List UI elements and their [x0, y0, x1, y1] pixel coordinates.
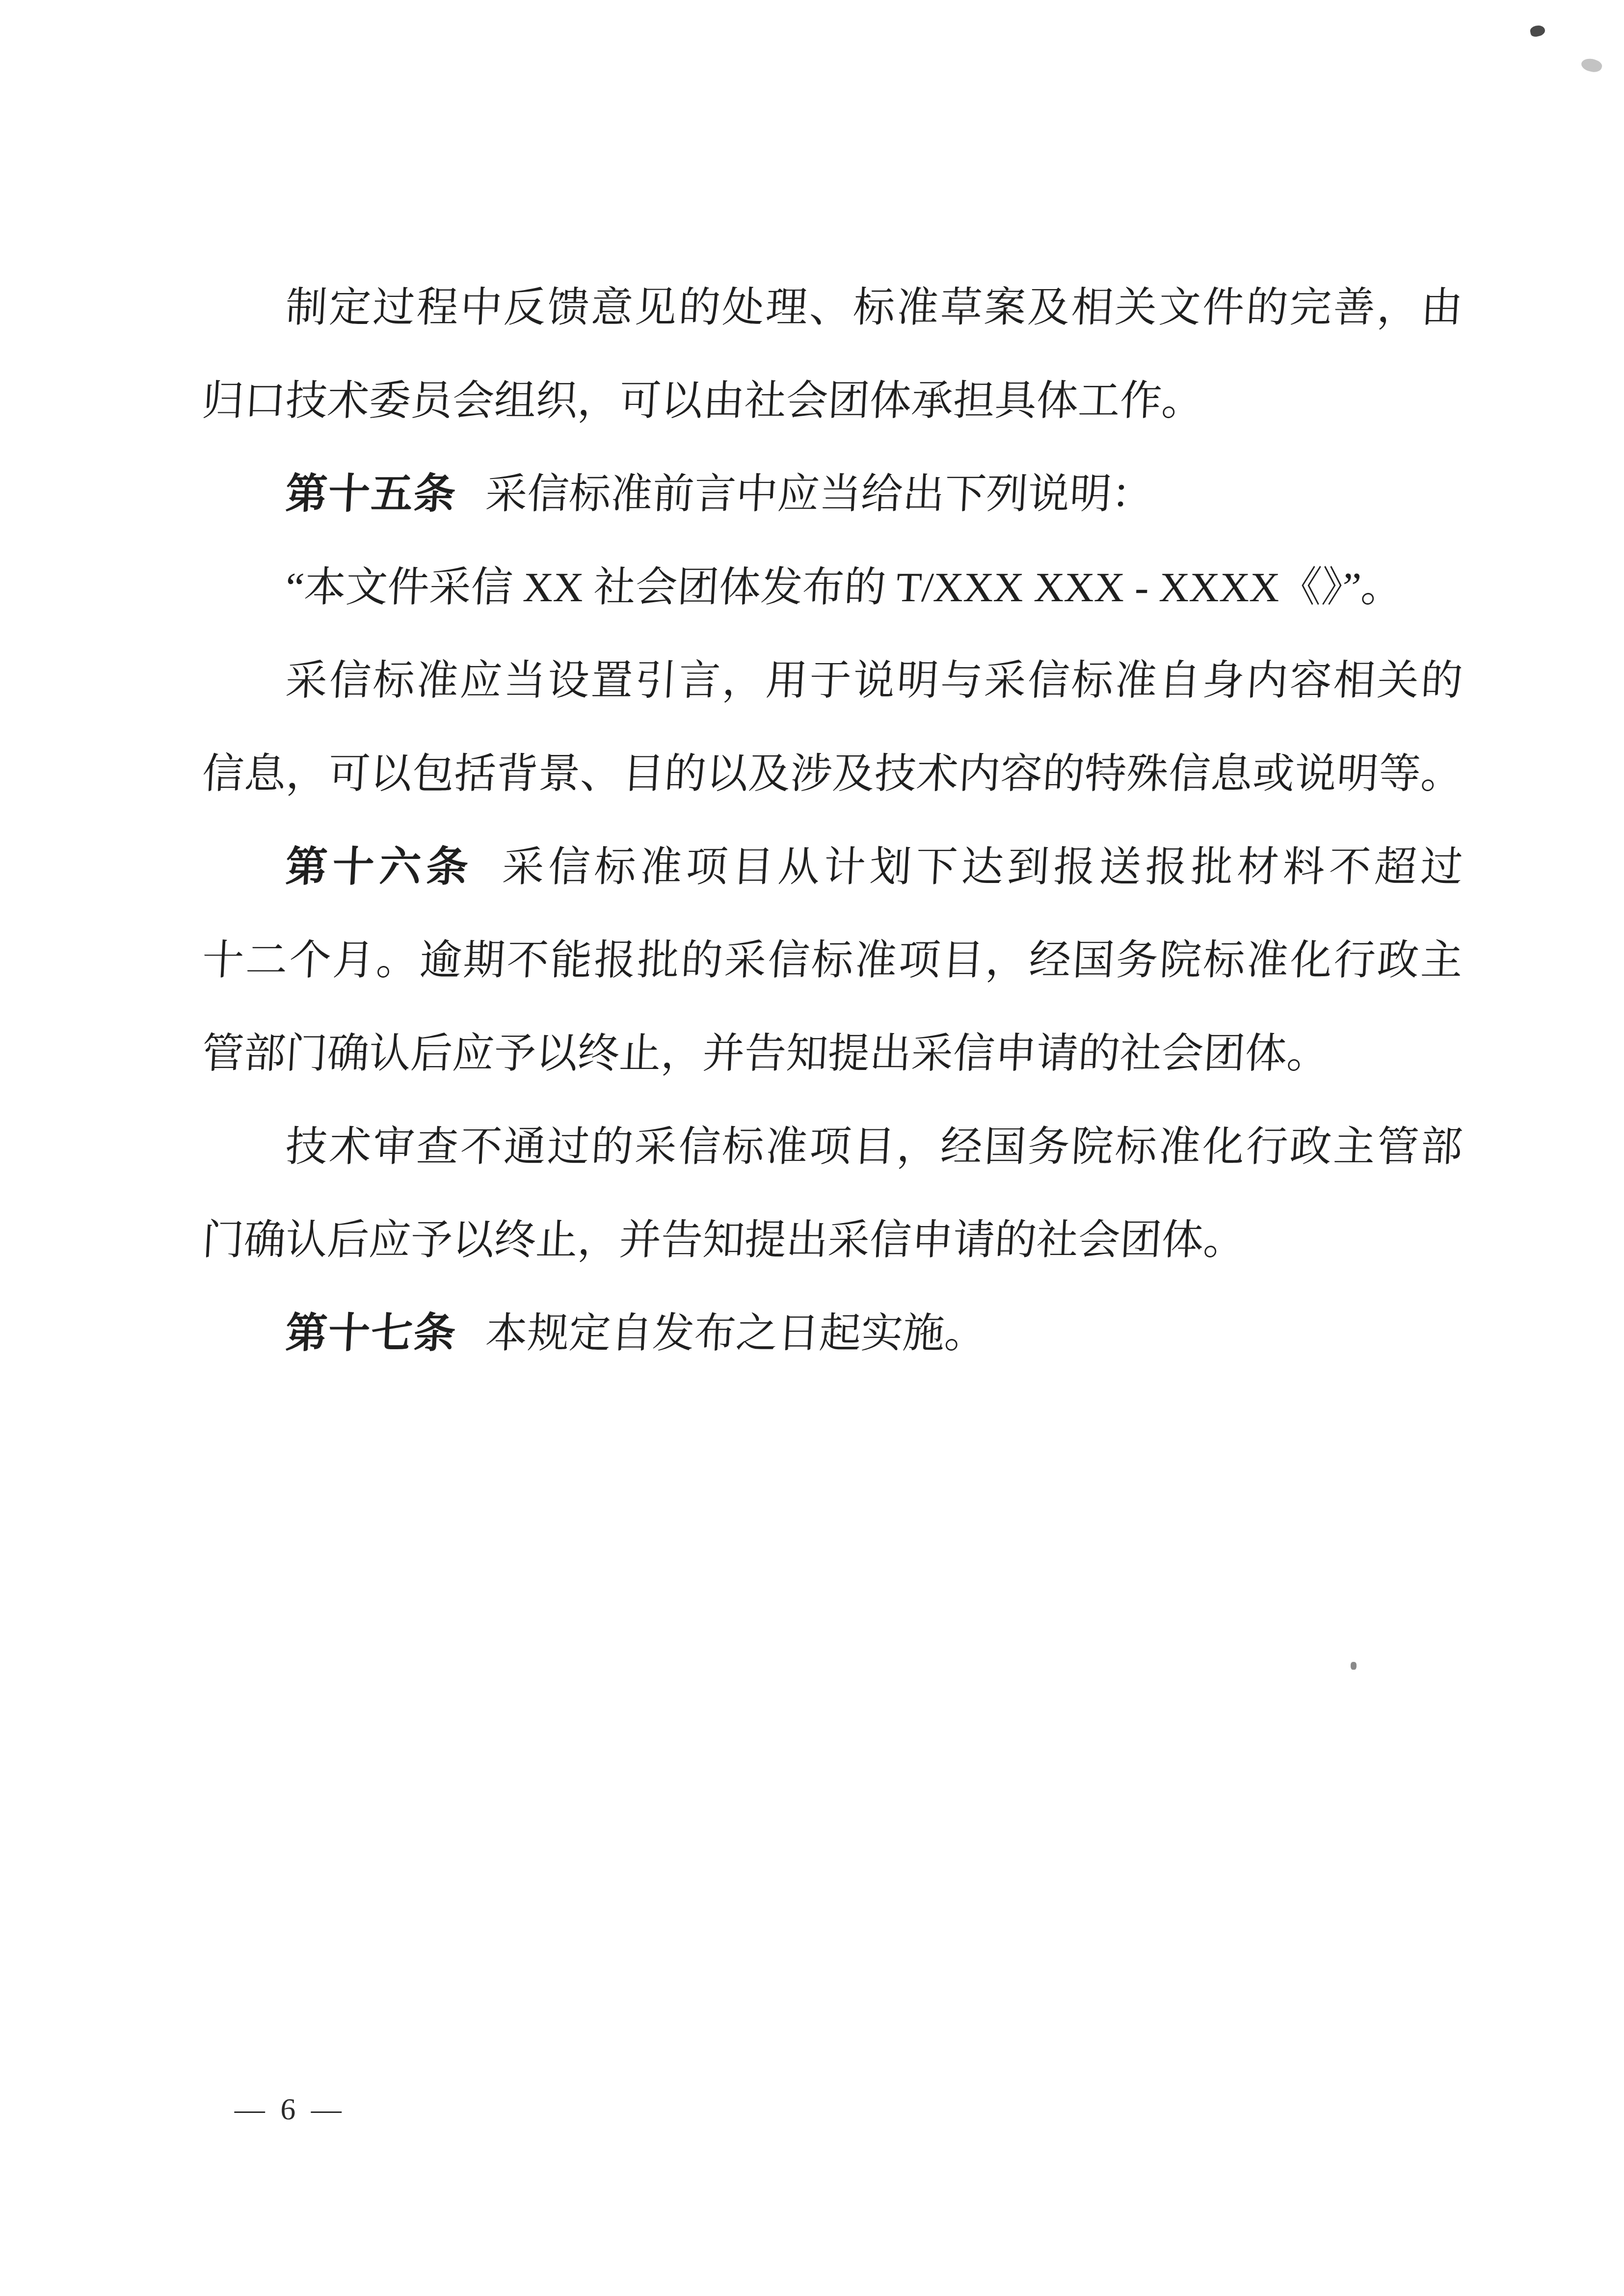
line-text: 归口技术委员会组织，可以由社会团体承担具体工作。	[201, 378, 1205, 424]
scan-artifact-speck	[1580, 56, 1603, 75]
scan-artifact-speck	[1529, 24, 1546, 38]
text-line-12: 第十七条本规定自发布之日起实施。	[200, 1287, 1465, 1380]
article-number-17: 第十七条	[285, 1310, 458, 1357]
scan-artifact-speck	[1351, 1662, 1357, 1670]
article-number-15: 第十五条	[285, 471, 458, 517]
text-line-06: 信息，可以包括背景、目的以及涉及技术内容的特殊信息或说明等。	[200, 727, 1465, 821]
page-number: — 6 —	[234, 2090, 346, 2129]
line-text: 采信标准项目从计划下达到报送报批材料不超过	[501, 844, 1464, 890]
text-line-05: 采信标准应当设置引言，用于说明与采信标准自身内容相关的	[200, 634, 1465, 727]
line-text: 技术审查不通过的采信标准项目，经国务院标准化行政主管部	[285, 1124, 1464, 1170]
text-line-10: 技术审查不通过的采信标准项目，经国务院标准化行政主管部	[200, 1100, 1465, 1194]
document-body: 制定过程中反馈意见的处理、标准草案及相关文件的完善，由 归口技术委员会组织，可以…	[202, 261, 1463, 1380]
text-line-09: 管部门确认后应予以终止，并告知提出采信申请的社会团体。	[200, 1007, 1465, 1100]
line-text: 信息，可以包括背景、目的以及涉及技术内容的特殊信息或说明等。	[201, 751, 1464, 797]
line-text: 十二个月。逾期不能报批的采信标准项目，经国务院标准化行政主	[201, 937, 1464, 984]
line-text: 管部门确认后应予以终止，并告知提出采信申请的社会团体。	[201, 1031, 1330, 1077]
article-number-16: 第十六条	[285, 844, 475, 890]
document-page: 制定过程中反馈意见的处理、标准草案及相关文件的完善，由 归口技术委员会组织，可以…	[0, 0, 1624, 2296]
text-line-11: 门确认后应予以终止，并告知提出采信申请的社会团体。	[200, 1194, 1465, 1287]
text-line-08: 十二个月。逾期不能报批的采信标准项目，经国务院标准化行政主	[200, 914, 1465, 1007]
line-text: 门确认后应予以终止，并告知提出采信申请的社会团体。	[201, 1217, 1247, 1263]
text-line-03: 第十五条采信标准前言中应当给出下列说明：	[200, 448, 1465, 541]
line-text: 采信标准应当设置引言，用于说明与采信标准自身内容相关的	[285, 658, 1464, 704]
text-line-04: “本文件采信 XX 社会团体发布的 T/XXX XXX - XXXX《》”。	[200, 541, 1465, 634]
text-line-01: 制定过程中反馈意见的处理、标准草案及相关文件的完善，由	[200, 261, 1465, 354]
line-text: “本文件采信 XX 社会团体发布的 T/XXX XXX - XXXX《》”。	[285, 564, 1404, 611]
text-line-02: 归口技术委员会组织，可以由社会团体承担具体工作。	[200, 354, 1465, 448]
line-text: 本规定自发布之日起实施。	[484, 1310, 987, 1357]
line-text: 采信标准前言中应当给出下列说明：	[484, 471, 1154, 517]
line-text: 制定过程中反馈意见的处理、标准草案及相关文件的完善，由	[285, 285, 1464, 331]
text-line-07: 第十六条采信标准项目从计划下达到报送报批材料不超过	[200, 821, 1465, 914]
